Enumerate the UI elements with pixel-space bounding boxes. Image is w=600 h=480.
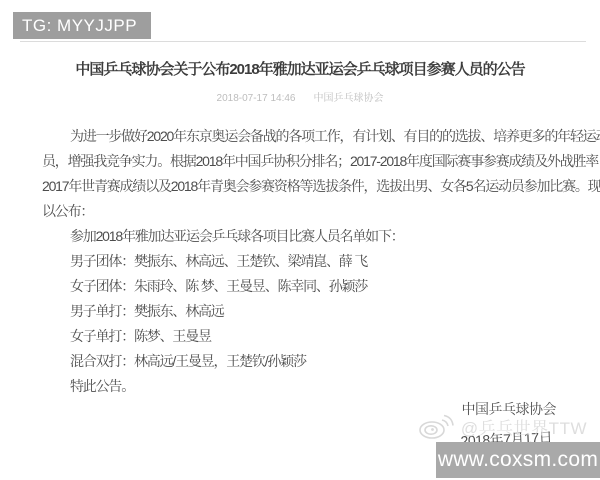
closing-line: 特此公告。 bbox=[42, 374, 558, 399]
article-meta: 2018-07-17 14:46中国乒乓球协会 bbox=[42, 89, 558, 104]
roster-line-mens-singles: 男子单打：樊振东、林高远 bbox=[42, 299, 558, 324]
tg-handle-label: TG: MYYJJPP bbox=[22, 16, 137, 35]
announcement-body: 为进一步做好2020年东京奥运会备战的各项工作，有计划、有目的的选拔、培养更多的… bbox=[42, 124, 558, 399]
site-watermark-box: www.coxsm.com bbox=[436, 442, 600, 478]
weibo-logo-icon bbox=[418, 412, 454, 440]
body-line: 员，增强我竞争实力。根据2018年中国乒协积分排名；2017-2018年度国际赛… bbox=[42, 149, 558, 174]
roster-line-womens-team: 女子团体：朱雨玲、陈 梦、王曼昱、陈幸同、孙颖莎 bbox=[42, 274, 558, 299]
page-title: 中国乒乓球协会关于公布2018年雅加达亚运会乒乓球项目参赛人员的公告 bbox=[42, 60, 558, 80]
header-divider bbox=[20, 41, 586, 42]
publish-datetime: 2018-07-17 14:46 bbox=[217, 93, 296, 104]
publish-source: 中国乒乓球协会 bbox=[313, 93, 383, 104]
tg-handle-banner: TG: MYYJJPP bbox=[13, 12, 151, 39]
weibo-handle-text: @乒乓世界TTW bbox=[461, 414, 587, 439]
roster-line-mixed-doubles: 混合双打：林高远/王曼昱，王楚钦/孙颖莎 bbox=[42, 349, 558, 374]
weibo-watermark: @乒乓世界TTW bbox=[418, 412, 587, 440]
body-line: 2017年世青赛成绩以及2018年青奥会参赛资格等选拔条件，选拔出男、女各5名运… bbox=[42, 174, 558, 199]
roster-line-womens-singles: 女子单打：陈梦、王曼昱 bbox=[42, 324, 558, 349]
body-line: 参加2018年雅加达亚运会乒乓球各项目比赛人员名单如下： bbox=[42, 224, 558, 249]
announcement-document: 中国乒乓球协会关于公布2018年雅加达亚运会乒乓球项目参赛人员的公告 2018-… bbox=[42, 60, 558, 447]
roster-line-mens-team: 男子团体：樊振东、林高远、王楚钦、梁靖崑、薛 飞 bbox=[42, 249, 558, 274]
site-watermark-text: www.coxsm.com bbox=[438, 448, 598, 472]
body-line: 为进一步做好2020年东京奥运会备战的各项工作，有计划、有目的的选拔、培养更多的… bbox=[42, 124, 558, 149]
body-line: 以公布： bbox=[42, 199, 558, 224]
